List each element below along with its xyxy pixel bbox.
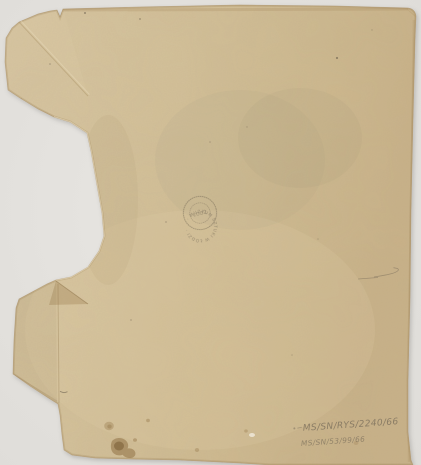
scan-canvas: · MUZEUM SZTUKI W ŁODZI · ŁÓDŹ MS/SN/RYS…: [0, 0, 421, 465]
stain-satellite: [133, 438, 137, 442]
white-fleck: [249, 433, 255, 437]
stain-ring-core: [107, 425, 111, 429]
stain-dot-3: [244, 429, 248, 432]
top-edge-shading: [63, 9, 408, 10]
stain-dot-1: [146, 419, 150, 422]
gray-smudge-2: [238, 88, 362, 188]
stain-dot-4: [354, 441, 359, 445]
archival-scan-of-paper-verso: · MUZEUM SZTUKI W ŁODZI · ŁÓDŹ MS/SN/RYS…: [0, 0, 421, 465]
stain-dot-2: [195, 448, 199, 452]
stain-blotch-core: [114, 442, 124, 451]
